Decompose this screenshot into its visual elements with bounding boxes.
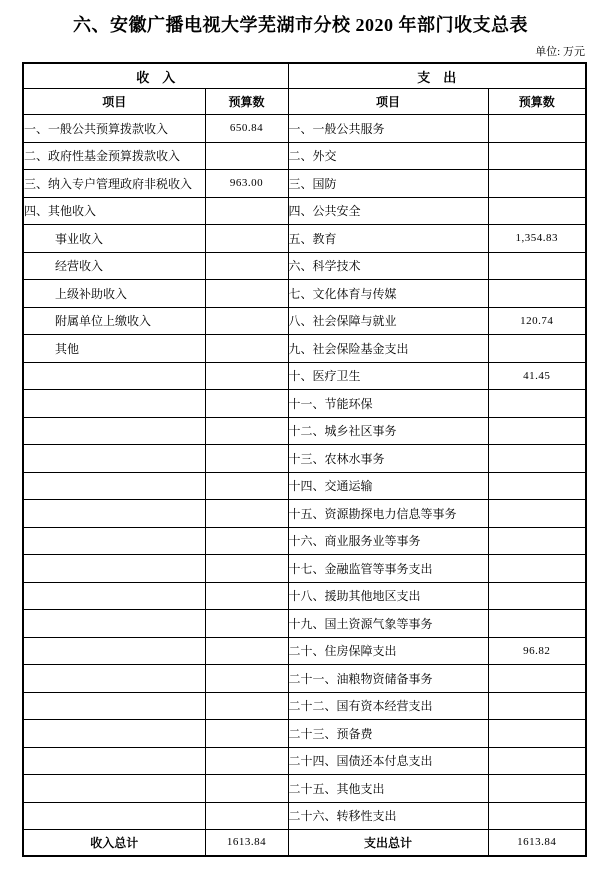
income-section-header: 收 入 — [23, 63, 288, 89]
expense-budget-value — [488, 527, 586, 555]
income-item-label — [23, 720, 205, 748]
income-budget-value — [205, 720, 288, 748]
income-budget-value — [205, 610, 288, 638]
income-item-label: 附属单位上缴收入 — [23, 307, 205, 335]
income-budget-value — [205, 802, 288, 830]
unit-label: 单位: 万元 — [22, 46, 585, 59]
income-item-label: 上级补助收入 — [23, 280, 205, 308]
table-row: 经营收入六、科学技术 — [23, 252, 586, 280]
table-row: 三、纳入专户管理政府非税收入963.00三、国防 — [23, 170, 586, 198]
table-row: 二十五、其他支出 — [23, 775, 586, 803]
expense-item-label: 六、科学技术 — [288, 252, 488, 280]
document-page: 六、安徽广播电视大学芜湖市分校 2020 年部门收支总表 单位: 万元 收 入 … — [0, 0, 601, 877]
income-budget-value — [205, 555, 288, 583]
table-row: 十七、金融监管等事务支出 — [23, 555, 586, 583]
income-item-label — [23, 472, 205, 500]
expense-item-label: 三、国防 — [288, 170, 488, 198]
expense-item-label: 十四、交通运输 — [288, 472, 488, 500]
income-item-label: 二、政府性基金预算拨款收入 — [23, 142, 205, 170]
income-item-label — [23, 692, 205, 720]
income-budget-value — [205, 445, 288, 473]
income-item-label — [23, 445, 205, 473]
income-budget-value: 650.84 — [205, 115, 288, 143]
income-item-label: 事业收入 — [23, 225, 205, 253]
income-item-label — [23, 747, 205, 775]
table-row: 十八、援助其他地区支出 — [23, 582, 586, 610]
expense-budget-value — [488, 582, 586, 610]
expense-item-label: 一、一般公共服务 — [288, 115, 488, 143]
expense-budget-value — [488, 252, 586, 280]
expense-budget-value — [488, 500, 586, 528]
income-budget-value — [205, 665, 288, 693]
expense-item-label: 五、教育 — [288, 225, 488, 253]
expense-section-header: 支 出 — [288, 63, 586, 89]
income-item-label: 三、纳入专户管理政府非税收入 — [23, 170, 205, 198]
income-item-column-header: 项目 — [23, 89, 205, 115]
income-budget-value — [205, 637, 288, 665]
table-row: 十一、节能环保 — [23, 390, 586, 418]
table-row: 其他九、社会保险基金支出 — [23, 335, 586, 363]
income-budget-value — [205, 252, 288, 280]
expense-budget-value — [488, 197, 586, 225]
income-budget-value — [205, 362, 288, 390]
table-row: 十五、资源勘探电力信息等事务 — [23, 500, 586, 528]
expense-budget-value — [488, 610, 586, 638]
income-total-value: 1613.84 — [205, 830, 288, 856]
income-item-label — [23, 527, 205, 555]
table-row: 二十四、国债还本付息支出 — [23, 747, 586, 775]
table-row: 一、一般公共预算拨款收入650.84一、一般公共服务 — [23, 115, 586, 143]
expense-item-label: 二十二、国有资本经营支出 — [288, 692, 488, 720]
expense-budget-value — [488, 665, 586, 693]
income-item-label: 经营收入 — [23, 252, 205, 280]
expense-item-label: 十一、节能环保 — [288, 390, 488, 418]
expense-item-label: 二十六、转移性支出 — [288, 802, 488, 830]
expense-budget-value — [488, 472, 586, 500]
income-item-label — [23, 775, 205, 803]
table-row: 上级补助收入七、文化体育与传媒 — [23, 280, 586, 308]
income-budget-value — [205, 582, 288, 610]
table-row: 十、医疗卫生41.45 — [23, 362, 586, 390]
expense-item-label: 九、社会保险基金支出 — [288, 335, 488, 363]
table-row: 十九、国土资源气象等事务 — [23, 610, 586, 638]
expense-item-label: 七、文化体育与传媒 — [288, 280, 488, 308]
expense-total-value: 1613.84 — [488, 830, 586, 856]
table-row: 二十三、预备费 — [23, 720, 586, 748]
income-budget-value — [205, 335, 288, 363]
expense-budget-value — [488, 280, 586, 308]
expense-item-label: 十五、资源勘探电力信息等事务 — [288, 500, 488, 528]
expense-item-label: 十三、农林水事务 — [288, 445, 488, 473]
income-budget-value — [205, 692, 288, 720]
expense-budget-value — [488, 775, 586, 803]
table-row: 二、政府性基金预算拨款收入二、外交 — [23, 142, 586, 170]
budget-table: 收 入 支 出 项目 预算数 项目 预算数 一、一般公共预算拨款收入650.84… — [22, 62, 587, 857]
column-header-row: 项目 预算数 项目 预算数 — [23, 89, 586, 115]
expense-budget-value — [488, 692, 586, 720]
income-budget-value — [205, 197, 288, 225]
expense-budget-value — [488, 335, 586, 363]
income-item-label — [23, 610, 205, 638]
income-budget-value: 963.00 — [205, 170, 288, 198]
expense-item-label: 二十三、预备费 — [288, 720, 488, 748]
table-row: 二十、住房保障支出96.82 — [23, 637, 586, 665]
income-budget-value — [205, 775, 288, 803]
expense-budget-value — [488, 555, 586, 583]
table-row: 十三、农林水事务 — [23, 445, 586, 473]
income-budget-value — [205, 142, 288, 170]
expense-item-label: 十九、国土资源气象等事务 — [288, 610, 488, 638]
expense-budget-value — [488, 115, 586, 143]
expense-budget-value — [488, 390, 586, 418]
expense-item-label: 十六、商业服务业等事务 — [288, 527, 488, 555]
expense-budget-value — [488, 170, 586, 198]
expense-item-label: 二、外交 — [288, 142, 488, 170]
income-budget-value — [205, 225, 288, 253]
income-item-label — [23, 637, 205, 665]
expense-budget-value — [488, 417, 586, 445]
table-row: 二十一、油粮物资储备事务 — [23, 665, 586, 693]
section-header-row: 收 入 支 出 — [23, 63, 586, 89]
income-item-label — [23, 555, 205, 583]
expense-item-label: 二十、住房保障支出 — [288, 637, 488, 665]
expense-budget-value — [488, 445, 586, 473]
expense-budget-value — [488, 802, 586, 830]
expense-item-label: 十二、城乡社区事务 — [288, 417, 488, 445]
income-item-label: 四、其他收入 — [23, 197, 205, 225]
expense-item-label: 四、公共安全 — [288, 197, 488, 225]
table-row: 二十六、转移性支出 — [23, 802, 586, 830]
table-row: 附属单位上缴收入八、社会保障与就业120.74 — [23, 307, 586, 335]
expense-budget-value: 96.82 — [488, 637, 586, 665]
income-budget-value — [205, 417, 288, 445]
income-item-label — [23, 500, 205, 528]
expense-budget-value: 1,354.83 — [488, 225, 586, 253]
table-row: 十四、交通运输 — [23, 472, 586, 500]
expense-total-label: 支出总计 — [288, 830, 488, 856]
expense-budget-value: 120.74 — [488, 307, 586, 335]
expense-budget-value — [488, 747, 586, 775]
table-row: 十二、城乡社区事务 — [23, 417, 586, 445]
expense-budget-value — [488, 720, 586, 748]
expense-item-label: 二十一、油粮物资储备事务 — [288, 665, 488, 693]
expense-budget-column-header: 预算数 — [488, 89, 586, 115]
expense-item-column-header: 项目 — [288, 89, 488, 115]
income-total-label: 收入总计 — [23, 830, 205, 856]
income-item-label — [23, 582, 205, 610]
expense-item-label: 二十五、其他支出 — [288, 775, 488, 803]
income-item-label — [23, 802, 205, 830]
income-budget-value — [205, 500, 288, 528]
expense-item-label: 十七、金融监管等事务支出 — [288, 555, 488, 583]
page-title: 六、安徽广播电视大学芜湖市分校 2020 年部门收支总表 — [0, 0, 601, 37]
income-item-label — [23, 362, 205, 390]
expense-item-label: 十八、援助其他地区支出 — [288, 582, 488, 610]
income-item-label — [23, 417, 205, 445]
table-row: 四、其他收入四、公共安全 — [23, 197, 586, 225]
table-row: 二十二、国有资本经营支出 — [23, 692, 586, 720]
income-item-label: 一、一般公共预算拨款收入 — [23, 115, 205, 143]
income-budget-column-header: 预算数 — [205, 89, 288, 115]
income-budget-value — [205, 472, 288, 500]
expense-item-label: 二十四、国债还本付息支出 — [288, 747, 488, 775]
table-row: 十六、商业服务业等事务 — [23, 527, 586, 555]
income-budget-value — [205, 307, 288, 335]
expense-item-label: 十、医疗卫生 — [288, 362, 488, 390]
expense-budget-value — [488, 142, 586, 170]
income-budget-value — [205, 390, 288, 418]
table-row: 事业收入五、教育1,354.83 — [23, 225, 586, 253]
income-budget-value — [205, 280, 288, 308]
expense-item-label: 八、社会保障与就业 — [288, 307, 488, 335]
income-budget-value — [205, 747, 288, 775]
income-budget-value — [205, 527, 288, 555]
income-item-label — [23, 665, 205, 693]
expense-budget-value: 41.45 — [488, 362, 586, 390]
totals-row: 收入总计 1613.84 支出总计 1613.84 — [23, 830, 586, 856]
income-item-label: 其他 — [23, 335, 205, 363]
income-item-label — [23, 390, 205, 418]
